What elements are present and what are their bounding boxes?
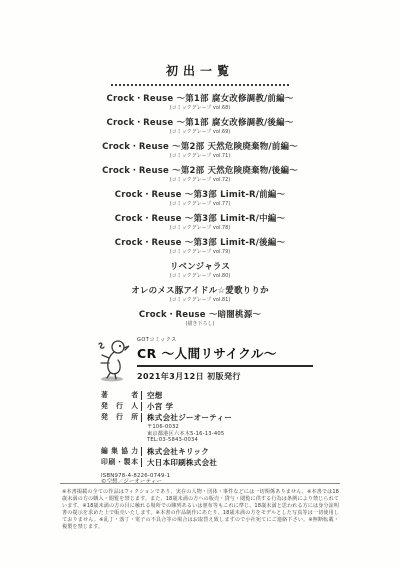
entry-title: Crock・Reuse ～第1部 腐女改修調教/後編～ xyxy=(0,118,400,128)
entry-source: (コミックグレープ vol.80) xyxy=(0,273,400,279)
entry-source: (コミックグレープ vol.71) xyxy=(0,153,400,159)
list-item: Crock・Reuse ～第3部 Limit-R/後編～ (コミックグレープ v… xyxy=(0,238,400,255)
list-item: Crock・Reuse ～第1部 腐女改修調教/後編～ (コミックグレープ vo… xyxy=(0,118,400,135)
credit-label: 発行所 xyxy=(101,413,138,422)
title-rule xyxy=(137,365,313,367)
entry-source: (コミックグレープ vol.68) xyxy=(0,105,400,111)
list-item: Crock・Reuse ～第1部 腐女改修調教/前編～ (コミックグレープ vo… xyxy=(0,94,400,111)
entry-title: Crock・Reuse ～第3部 Limit-R/後編～ xyxy=(0,238,400,248)
entry-title: Crock・Reuse ～第3部 Limit-R/前編～ xyxy=(0,190,400,200)
credit-label: 著者 xyxy=(101,391,138,400)
entry-source: (コミックグレープ vol.72) xyxy=(0,177,400,183)
legal-lines: ISBN978-4-8226-0749-1 ©空想／ジーオーティー xyxy=(101,473,313,487)
entry-source: (描き下ろし) xyxy=(0,321,400,327)
list-item: Crock・Reuse ～暗闇桃源～ (描き下ろし) xyxy=(0,310,400,327)
publisher-address: 〒106-0032 東京都港区六本木5-16-13-405 TEL:03-584… xyxy=(147,424,313,444)
entry-source: (コミックグレープ vol.69) xyxy=(0,129,400,135)
entry-source: (コミックグレープ vol.77) xyxy=(0,201,400,207)
entry-source: (コミックグレープ vol.81) xyxy=(0,297,400,303)
list-item: Crock・Reuse ～第3部 Limit-R/中編～ (コミックグレープ v… xyxy=(0,214,400,231)
credit-row-printing: 印刷・製本 大日本印刷株式会社 xyxy=(101,458,313,467)
list-item: オレのメス豚アイドル☆愛歌りりか (コミックグレープ vol.81) xyxy=(0,286,400,303)
entry-title: オレのメス豚アイドル☆愛歌りりか xyxy=(0,286,400,296)
credit-row-editing: 編集協力 株式会社キリック xyxy=(101,447,313,456)
entry-title: Crock・Reuse ～第2部 天然危険廃棄物/後編～ xyxy=(0,166,400,176)
credit-row-publisher-person: 発行人 小宮 学 xyxy=(101,402,313,411)
imprint-label: GOTコミックス xyxy=(137,336,313,343)
list-item: Crock・Reuse ～第2部 天然危険廃棄物/後編～ (コミックグレープ v… xyxy=(0,166,400,183)
list-item: Crock・Reuse ～第3部 Limit-R/前編～ (コミックグレープ v… xyxy=(0,190,400,207)
credits-table: 著者 空想 発行人 小宮 学 発行所 株式会社ジーオーティー 〒106-0032… xyxy=(101,391,313,467)
phone-number: TEL:03-5843-0034 xyxy=(147,437,313,444)
list-heading: 初出一覧 xyxy=(0,62,400,79)
credit-label: 発行人 xyxy=(101,402,138,411)
credit-row-author: 著者 空想 xyxy=(101,391,313,400)
colophon-block: GOTコミックス CR ～人間リサイクル～ 2021年3月12日 初版発行 著者… xyxy=(95,336,313,486)
first-publication-list: 初出一覧 Crock・Reuse ～第1部 腐女改修調教/前編～ (コミックグレ… xyxy=(0,62,400,334)
colophon-title-area: GOTコミックス CR ～人間リサイクル～ 2021年3月12日 初版発行 xyxy=(137,336,313,382)
entry-title: Crock・Reuse ～暗闇桃源～ xyxy=(0,310,400,320)
credit-value: 株式会社キリック xyxy=(141,447,209,456)
colophon-header: GOTコミックス CR ～人間リサイクル～ 2021年3月12日 初版発行 xyxy=(95,336,313,384)
got-mascot-icon xyxy=(95,336,135,384)
entry-title: リベンジャラス xyxy=(0,262,400,272)
list-item: リベンジャラス (コミックグレープ vol.80) xyxy=(0,262,400,279)
credit-value: 大日本印刷株式会社 xyxy=(141,458,217,467)
credit-value: 空想 xyxy=(141,391,163,400)
list-item: Crock・Reuse ～第2部 天然危険廃棄物/前編～ (コミックグレープ v… xyxy=(0,142,400,159)
disclaimer-text: ※本書掲載の全ての作品はフィクションであり、実在の人物・団体・事件などには一切関… xyxy=(62,489,339,531)
credit-row-publisher-company: 発行所 株式会社ジーオーティー xyxy=(101,413,313,422)
entry-source: (コミックグレープ vol.78) xyxy=(0,225,400,231)
publication-date: 2021年3月12日 初版発行 xyxy=(137,371,313,382)
dotted-divider xyxy=(111,84,289,86)
credit-value: 株式会社ジーオーティー xyxy=(141,413,232,422)
credit-label: 編集協力 xyxy=(101,447,138,456)
credit-value: 小宮 学 xyxy=(141,402,173,411)
book-title: CR ～人間リサイクル～ xyxy=(137,344,313,362)
bottom-divider xyxy=(60,483,340,484)
entry-title: Crock・Reuse ～第3部 Limit-R/中編～ xyxy=(0,214,400,224)
entry-source: (コミックグレープ vol.79) xyxy=(0,249,400,255)
entry-title: Crock・Reuse ～第1部 腐女改修調教/前編～ xyxy=(0,94,400,104)
entry-title: Crock・Reuse ～第2部 天然危険廃棄物/前編～ xyxy=(0,142,400,152)
credit-label: 印刷・製本 xyxy=(101,458,138,467)
colophon-page: 初出一覧 Crock・Reuse ～第1部 腐女改修調教/前編～ (コミックグレ… xyxy=(0,0,400,568)
